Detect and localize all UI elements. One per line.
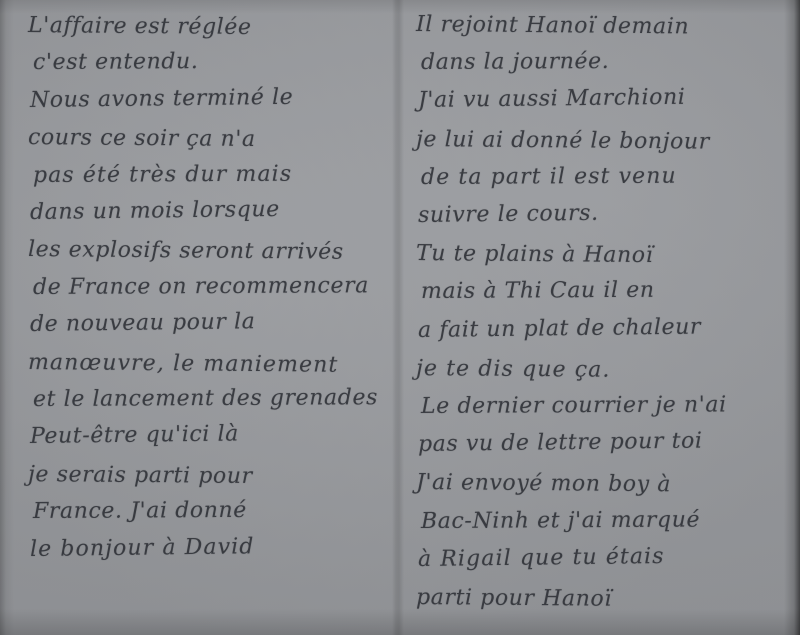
handwriting-line: les explosifs seront arrivés bbox=[28, 231, 389, 272]
handwriting-line: je serais parti pour bbox=[28, 456, 389, 497]
handwriting-line: mais à Thi Cau il en bbox=[421, 271, 790, 311]
handwriting-line: de ta part il est venu bbox=[421, 157, 790, 197]
handwriting-line: dans un mois lorsque bbox=[30, 190, 389, 232]
handwriting-line: Nous avons terminé le bbox=[30, 77, 389, 119]
handwriting-line: je te dis que ça. bbox=[416, 350, 790, 391]
handwriting-line: pas vu de lettre pour toi bbox=[418, 422, 790, 465]
handwriting-line: Peut-être qu'ici là bbox=[30, 414, 389, 456]
handwriting-line: de nouveau pour la bbox=[30, 302, 389, 344]
handwriting-line: Il rejoint Hanoï demain bbox=[416, 6, 790, 47]
handwriting-line: a fait un plat de chaleur bbox=[418, 307, 790, 350]
handwriting-line: manœuvre, le maniement bbox=[28, 344, 389, 385]
handwriting-line: c'est entendu. bbox=[33, 43, 389, 82]
handwriting-line: pas été très dur mais bbox=[33, 155, 389, 194]
handwriting-line: je lui ai donné le bonjour bbox=[416, 121, 790, 162]
letter-scan: L'affaire est réglée c'est entendu. Nous… bbox=[0, 0, 800, 635]
handwriting-line: suivre le cours. bbox=[418, 192, 790, 235]
letter-page-left: L'affaire est réglée c'est entendu. Nous… bbox=[0, 0, 395, 635]
handwriting-line: J'ai vu aussi Marchioni bbox=[418, 78, 790, 121]
handwriting-line: à Rigail que tu étais bbox=[418, 536, 790, 579]
letter-page-right: Il rejoint Hanoï demain dans la journée.… bbox=[400, 0, 800, 635]
handwriting-line: cours ce soir ça n'a bbox=[28, 119, 389, 160]
handwriting-line: J'ai envoyé mon boy à bbox=[416, 464, 790, 505]
handwriting-line: Le dernier courrier je n'ai bbox=[421, 386, 790, 426]
handwriting-line: le bonjour à David bbox=[30, 526, 389, 568]
handwriting-line: de France on recommencera bbox=[33, 267, 389, 306]
handwriting-line: France. J'ai donné bbox=[33, 491, 389, 530]
handwriting-line: dans la journée. bbox=[421, 42, 790, 82]
handwriting-line: et le lancement des grenades bbox=[33, 379, 389, 418]
handwriting-line: Bac-Ninh et j'ai marqué bbox=[421, 501, 790, 541]
handwriting-line: parti pour Hanoï bbox=[416, 579, 790, 620]
